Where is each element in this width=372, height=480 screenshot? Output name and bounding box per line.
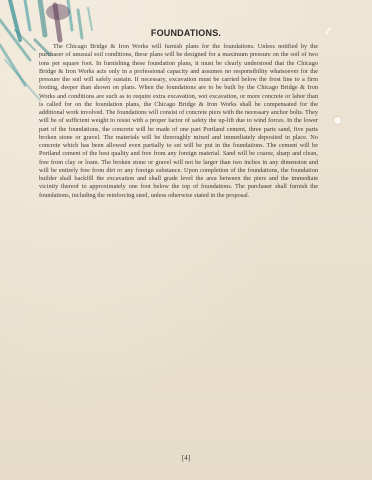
section-heading: FOUNDATIONS. — [0, 28, 372, 38]
page-number: [4] — [0, 454, 372, 462]
foundations-paragraph: The Chicago Bridge & Iron Works will fur… — [39, 43, 318, 200]
document-page: FOUNDATIONS. The Chicago Bridge & Iron W… — [0, 0, 372, 480]
show-through-text — [40, 280, 320, 340]
punch-hole — [334, 117, 341, 124]
